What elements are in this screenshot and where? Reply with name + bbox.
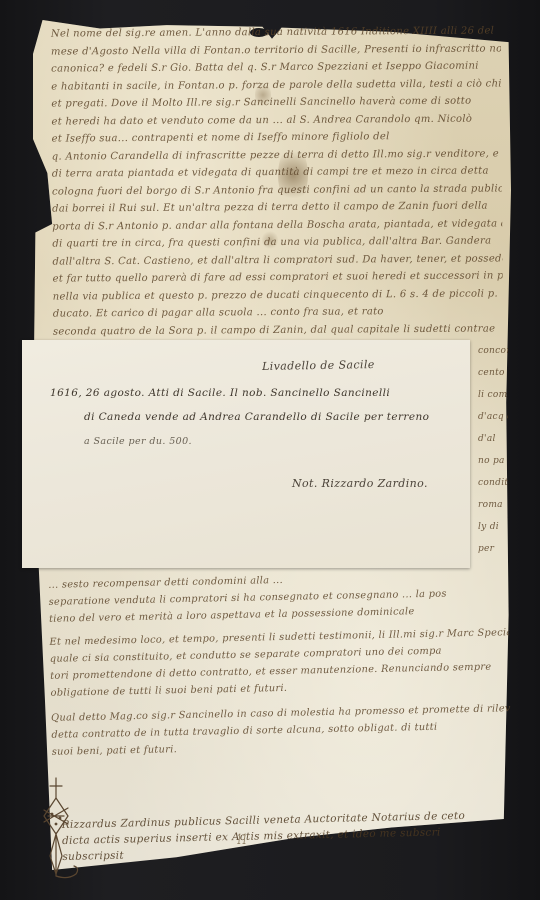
margin-fragment: concordia (478, 340, 508, 362)
text-line: et heredi ha dato et venduto come da un … (51, 110, 501, 131)
archival-label: Livadello de Sacile 1616, 26 agosto. Att… (22, 340, 470, 568)
right-margin-text: concordia cento li compra d'acq di d'al … (478, 340, 508, 560)
margin-fragment: roma (478, 494, 508, 516)
label-heading: Livadello de Sacile (262, 358, 375, 373)
notarial-subscription: Rizzardus Zardinus publicus Sacilli vene… (62, 807, 503, 865)
label-signature: Not. Rizzardo Zardino. (292, 477, 428, 490)
margin-fragment: li compra (478, 384, 508, 406)
label-summary-line: 1616, 26 agosto. Atti di Sacile. Il nob.… (50, 387, 390, 399)
margin-fragment: no pa (478, 450, 508, 472)
margin-fragment: condit (478, 472, 508, 494)
margin-fragment: d'al (478, 428, 508, 450)
label-summary-line: a Sacile per du. 500. (84, 436, 192, 447)
page-mark: 11 (237, 832, 248, 848)
margin-fragment: per (478, 538, 508, 560)
text-line: nella via publica et questo p. prezzo de… (53, 285, 503, 306)
notary-signum-icon (38, 776, 86, 886)
margin-fragment: cento (478, 362, 508, 384)
lower-deed-text: ... sesto recompensar detti condomini al… (48, 567, 512, 761)
label-summary-line: di Caneda vende ad Andrea Carandello di … (84, 411, 429, 423)
margin-fragment: ly di (478, 516, 508, 538)
margin-fragment: d'acq di (478, 406, 508, 428)
main-deed-text: Nel nome del sig.re amen. L'anno dalla s… (51, 22, 503, 358)
